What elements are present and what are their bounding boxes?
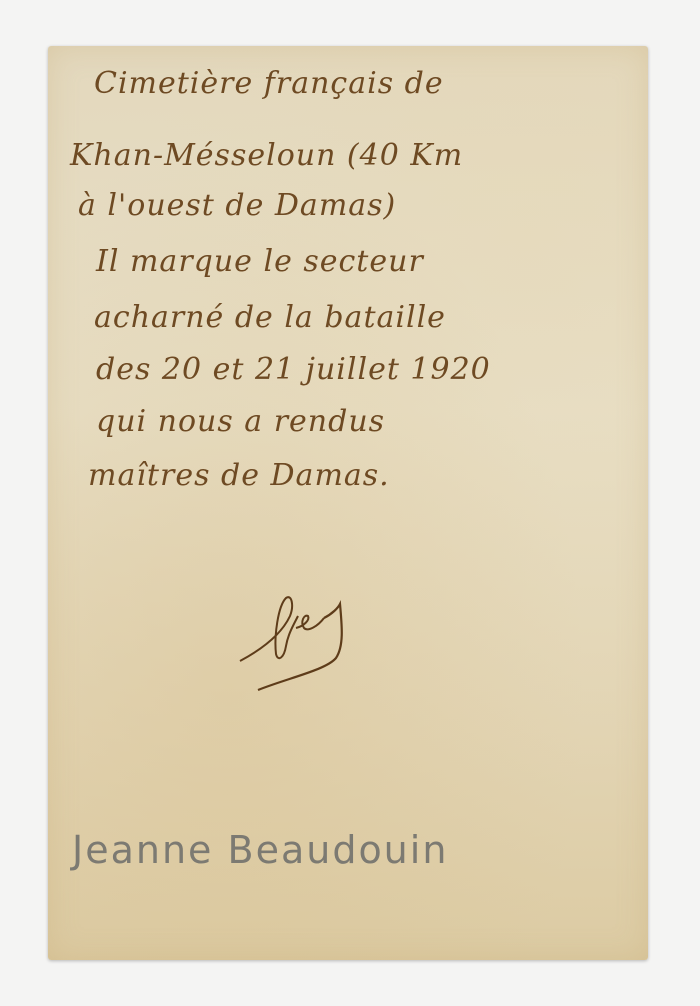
text-line-7: qui nous a rendus <box>96 404 385 439</box>
text-line-3: à l'ouest de Damas) <box>78 188 396 223</box>
text-line-6: des 20 et 21 juillet 1920 <box>96 352 491 387</box>
text-line-4: Il marque le secteur <box>96 244 424 279</box>
document-card: Cimetière français de Khan-Mésseloun (40… <box>48 46 648 960</box>
signature-icon <box>228 586 428 716</box>
text-line-8: maîtres de Damas. <box>88 458 390 493</box>
text-line-2: Khan-Mésseloun (40 Km <box>70 138 463 173</box>
text-line-5: acharné de la bataille <box>94 300 446 335</box>
pencil-name-annotation: Jeanne Beaudouin <box>72 828 448 872</box>
text-line-1: Cimetière français de <box>94 66 444 101</box>
